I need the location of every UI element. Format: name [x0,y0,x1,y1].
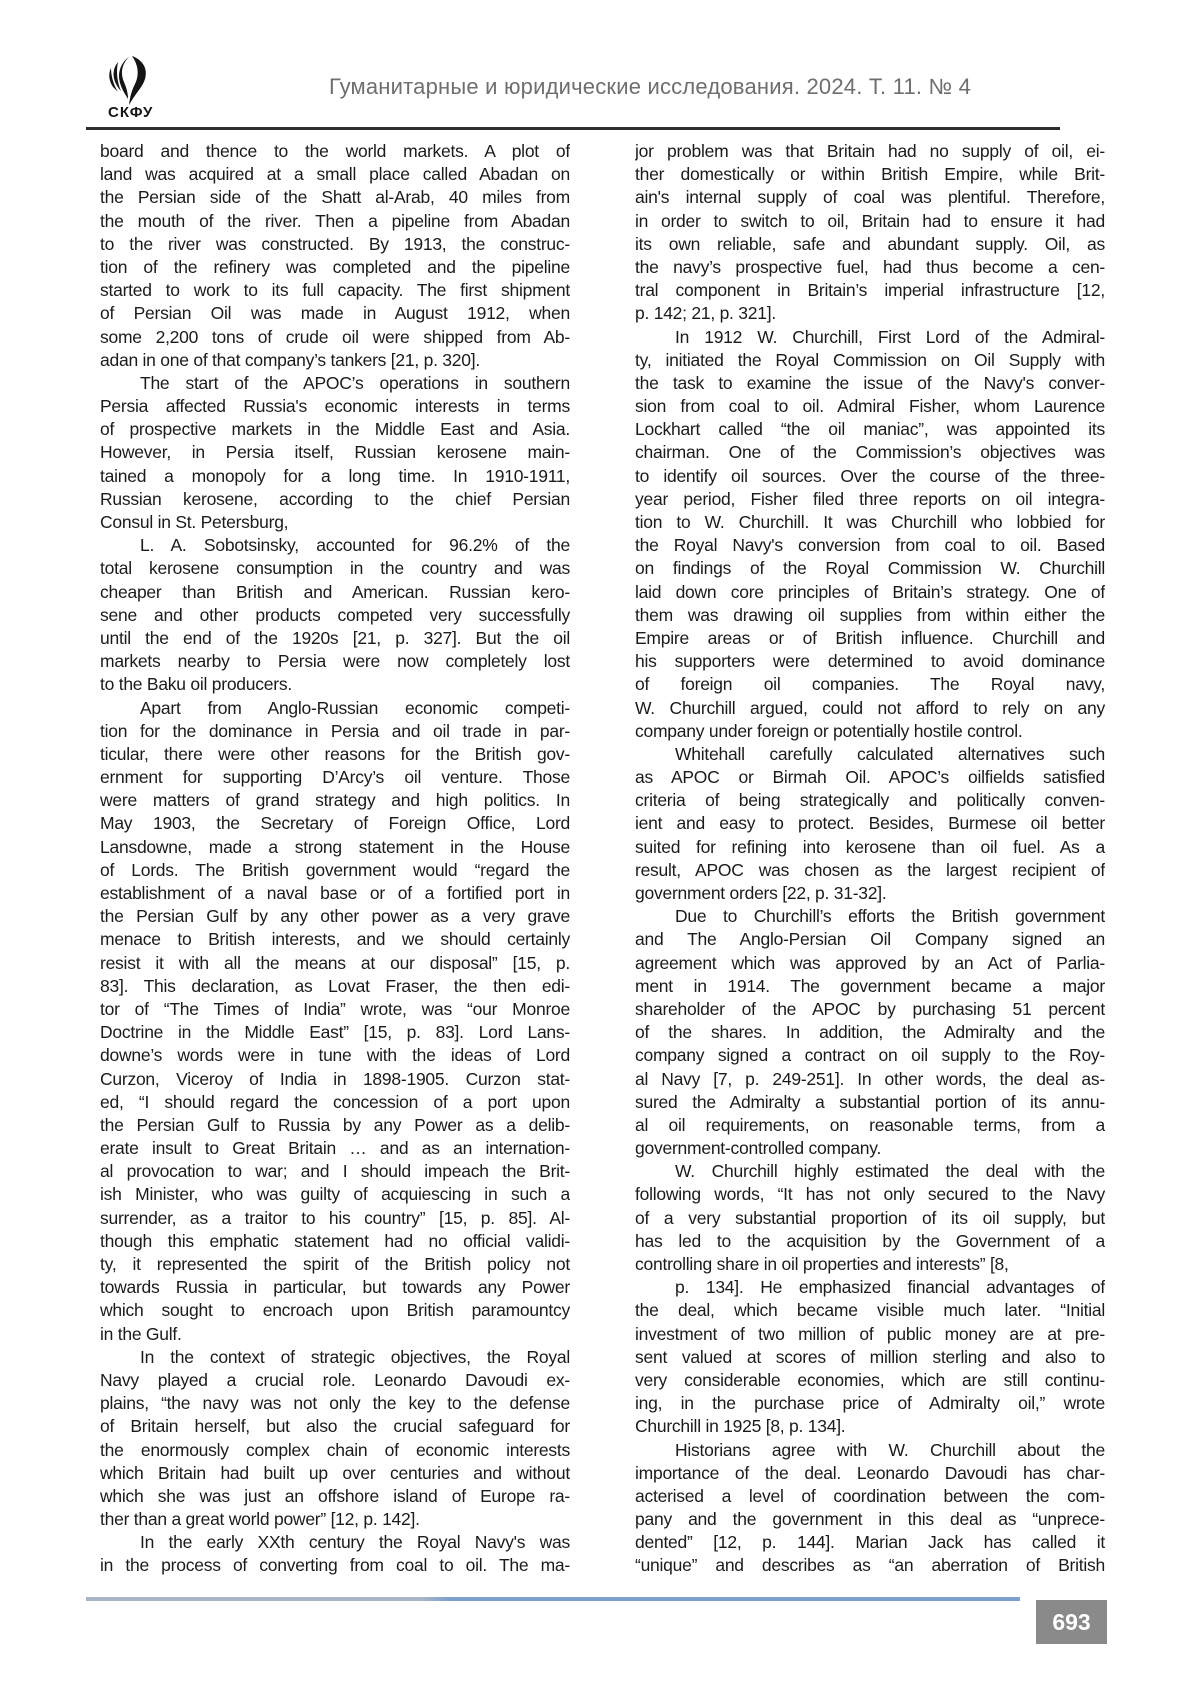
text-line: ticular, there were other reasons for th… [100,743,570,766]
text-line: al Navy [7, p. 249-251]. In other words,… [635,1068,1105,1091]
text-line: markets nearby to Persia were now comple… [100,650,570,673]
text-line: in the process of converting from coal t… [100,1554,570,1577]
text-line: following words, “It has not only secure… [635,1183,1105,1206]
text-line: though this emphatic statement had no of… [100,1230,570,1253]
text-line: some 2,200 tons of crude oil were shippe… [100,326,570,349]
text-line: dented” [12, p. 144]. Marian Jack has ca… [635,1531,1105,1554]
text-line: Whitehall carefully calculated alternati… [635,743,1105,766]
text-line: Curzon, Viceroy of India in 1898-1905. C… [100,1068,570,1091]
text-line: to the river was constructed. By 1913, t… [100,233,570,256]
text-line: of prospective markets in the Middle Eas… [100,418,570,441]
text-line: ernment for supporting D’Arcy’s oil vent… [100,766,570,789]
text-line: the Royal Navy's conversion from coal to… [635,534,1105,557]
text-column-left: board and thence to the world markets. A… [100,140,570,1578]
text-line: ty, it represented the spirit of the Bri… [100,1253,570,1276]
text-line: controlling share in oil properties and … [635,1253,1105,1276]
text-line: adan in one of that company’s tankers [2… [100,349,570,372]
text-line: government orders [22, p. 31-32]. [635,882,1105,905]
text-line: ther than a great world power” [12, p. 1… [100,1508,570,1531]
text-line: the Persian Gulf by any other power as a… [100,905,570,928]
text-line: total kerosene consumption in the countr… [100,557,570,580]
journal-page: СКФУ Гуманитарные и юридические исследов… [0,0,1200,1697]
text-line: has led to the acquisition by the Govern… [635,1230,1105,1253]
text-line: p. 134]. He emphasized financial advanta… [635,1276,1105,1299]
text-line: ing, in the purchase price of Admiralty … [635,1392,1105,1415]
text-line: the navy’s prospective fuel, had thus be… [635,256,1105,279]
text-line: W. Churchill argued, could not afford to… [635,697,1105,720]
text-line: resist it with all the means at our disp… [100,952,570,975]
text-line: which Britain had built up over centurie… [100,1462,570,1485]
text-line: Empire areas or of British influence. Ch… [635,627,1105,650]
text-line: plains, “the navy was not only the key t… [100,1392,570,1415]
text-line: company signed a contract on oil supply … [635,1044,1105,1067]
text-line: surrender, as a traitor to his country” … [100,1207,570,1230]
text-column-right: jor problem was that Britain had no supp… [635,140,1105,1578]
text-line: of foreign oil companies. The Royal navy… [635,673,1105,696]
text-line: the deal, which became visible much late… [635,1299,1105,1322]
text-line: board and thence to the world markets. A… [100,140,570,163]
text-line: downe’s words were in tune with the idea… [100,1044,570,1067]
text-line: Due to Churchill’s efforts the British g… [635,905,1105,928]
text-line: them was drawing oil supplies from withi… [635,604,1105,627]
text-line: Navy played a crucial role. Leonardo Dav… [100,1369,570,1392]
text-line: tion for the dominance in Persia and oil… [100,720,570,743]
text-line: of the shares. In addition, the Admiralt… [635,1021,1105,1044]
text-line: of Persian Oil was made in August 1912, … [100,302,570,325]
text-line: sene and other products competed very su… [100,604,570,627]
text-line: its own reliable, safe and abundant supp… [635,233,1105,256]
text-line: tion to W. Churchill. It was Churchill w… [635,511,1105,534]
text-line: of Britain herself, but also the crucial… [100,1415,570,1438]
text-line: al oil requirements, on reasonable terms… [635,1114,1105,1137]
text-line: his supporters were determined to avoid … [635,650,1105,673]
text-line: establishment of a naval base or of a fo… [100,882,570,905]
text-line: Lansdowne, made a strong statement in th… [100,836,570,859]
text-line: in the Gulf. [100,1323,570,1346]
text-line: as APOC or Birmah Oil. APOC’s oilfields … [635,766,1105,789]
text-line: ty, initiated the Royal Commission on Oi… [635,349,1105,372]
text-line: the enormously complex chain of economic… [100,1439,570,1462]
text-line: cheaper than British and American. Russi… [100,581,570,604]
text-line: Persia affected Russia's economic intere… [100,395,570,418]
text-line: Apart from Anglo-Russian economic compet… [100,697,570,720]
text-line: the mouth of the river. Then a pipeline … [100,210,570,233]
text-line: tion of the refinery was completed and t… [100,256,570,279]
text-line: suited for refining into kerosene than o… [635,836,1105,859]
text-line: the Persian side of the Shatt al-Arab, 4… [100,186,570,209]
text-line: In the early XXth century the Royal Navy… [100,1531,570,1554]
text-line: and The Anglo-Persian Oil Company signed… [635,928,1105,951]
text-line: jor problem was that Britain had no supp… [635,140,1105,163]
text-line: The start of the APOC’s operations in so… [100,372,570,395]
page-number-badge: 693 [1036,1600,1107,1644]
text-line: started to work to its full capacity. Th… [100,279,570,302]
text-line: tral component in Britain’s imperial inf… [635,279,1105,302]
text-line: of Lords. The British government would “… [100,859,570,882]
text-line: Lockhart called “the oil maniac”, was ap… [635,418,1105,441]
text-line: towards Russia in particular, but toward… [100,1276,570,1299]
text-line: Consul in St. Petersburg, [100,511,570,534]
text-line: ish Minister, who was guilty of acquiesc… [100,1183,570,1206]
text-line: agreement which was approved by an Act o… [635,952,1105,975]
text-line: which she was just an offshore island of… [100,1485,570,1508]
text-line: very considerable economies, which are s… [635,1369,1105,1392]
text-line: In 1912 W. Churchill, First Lord of the … [635,326,1105,349]
text-line: ain's internal supply of coal was plenti… [635,186,1105,209]
text-line: of a very substantial proportion of its … [635,1207,1105,1230]
text-line: company under foreign or potentially hos… [635,720,1105,743]
text-line: p. 142; 21, p. 321]. [635,302,1105,325]
text-line: sion from coal to oil. Admiral Fisher, w… [635,395,1105,418]
text-line: Historians agree with W. Churchill about… [635,1439,1105,1462]
text-line: In the context of strategic objectives, … [100,1346,570,1369]
text-line: the task to examine the issue of the Nav… [635,372,1105,395]
text-line: the Persian Gulf to Russia by any Power … [100,1114,570,1137]
text-line: sured the Admiralty a substantial portio… [635,1091,1105,1114]
text-line: land was acquired at a small place calle… [100,163,570,186]
text-line: pany and the government in this deal as … [635,1508,1105,1531]
text-line: to identify oil sources. Over the course… [635,465,1105,488]
text-line: year period, Fisher filed three reports … [635,488,1105,511]
text-line: 83]. This declaration, as Lovat Fraser, … [100,975,570,998]
text-line: which sought to encroach upon British pa… [100,1299,570,1322]
text-line: tained a monopoly for a long time. In 19… [100,465,570,488]
text-line: al provocation to war; and I should impe… [100,1160,570,1183]
text-line: laid down core principles of Britain’s s… [635,581,1105,604]
journal-title: Гуманитарные и юридические исследования.… [150,74,1150,100]
text-line: May 1903, the Secretary of Foreign Offic… [100,812,570,835]
text-line: result, APOC was chosen as the largest r… [635,859,1105,882]
text-line: However, in Persia itself, Russian keros… [100,441,570,464]
text-line: importance of the deal. Leonardo Davoudi… [635,1462,1105,1485]
text-line: government-controlled company. [635,1137,1105,1160]
text-line: shareholder of the APOC by purchasing 51… [635,998,1105,1021]
text-line: Churchill in 1925 [8, p. 134]. [635,1415,1105,1438]
text-line: menace to British interests, and we shou… [100,928,570,951]
text-line: investment of two million of public mone… [635,1323,1105,1346]
header-divider [86,127,1060,130]
text-line: erate insult to Great Britain … and as a… [100,1137,570,1160]
text-line: were matters of grand strategy and high … [100,789,570,812]
text-line: W. Churchill highly estimated the deal w… [635,1160,1105,1183]
article-body: board and thence to the world markets. A… [100,140,1105,1578]
text-line: tor of “The Times of India” wrote, was “… [100,998,570,1021]
text-line: Russian kerosene, according to the chief… [100,488,570,511]
text-line: L. A. Sobotsinsky, accounted for 96.2% o… [100,534,570,557]
text-line: chairman. One of the Commission’s object… [635,441,1105,464]
text-line: “unique” and describes as “an aberration… [635,1554,1105,1577]
text-line: on findings of the Royal Commission W. C… [635,557,1105,580]
text-line: to the Baku oil producers. [100,673,570,696]
text-line: sent valued at scores of million sterlin… [635,1346,1105,1369]
footer-divider [86,1597,1020,1601]
text-line: ient and easy to protect. Besides, Burme… [635,812,1105,835]
text-line: ment in 1914. The government became a ma… [635,975,1105,998]
university-logo-bird-icon [102,54,154,108]
text-line: ther domestically or within British Empi… [635,163,1105,186]
text-line: ed, “I should regard the concession of a… [100,1091,570,1114]
text-line: Doctrine in the Middle East” [15, p. 83]… [100,1021,570,1044]
text-line: until the end of the 1920s [21, p. 327].… [100,627,570,650]
text-line: in order to switch to oil, Britain had t… [635,210,1105,233]
university-logo-text: СКФУ [108,104,174,121]
text-line: acterised a level of coordination betwee… [635,1485,1105,1508]
text-line: criteria of being strategically and poli… [635,789,1105,812]
